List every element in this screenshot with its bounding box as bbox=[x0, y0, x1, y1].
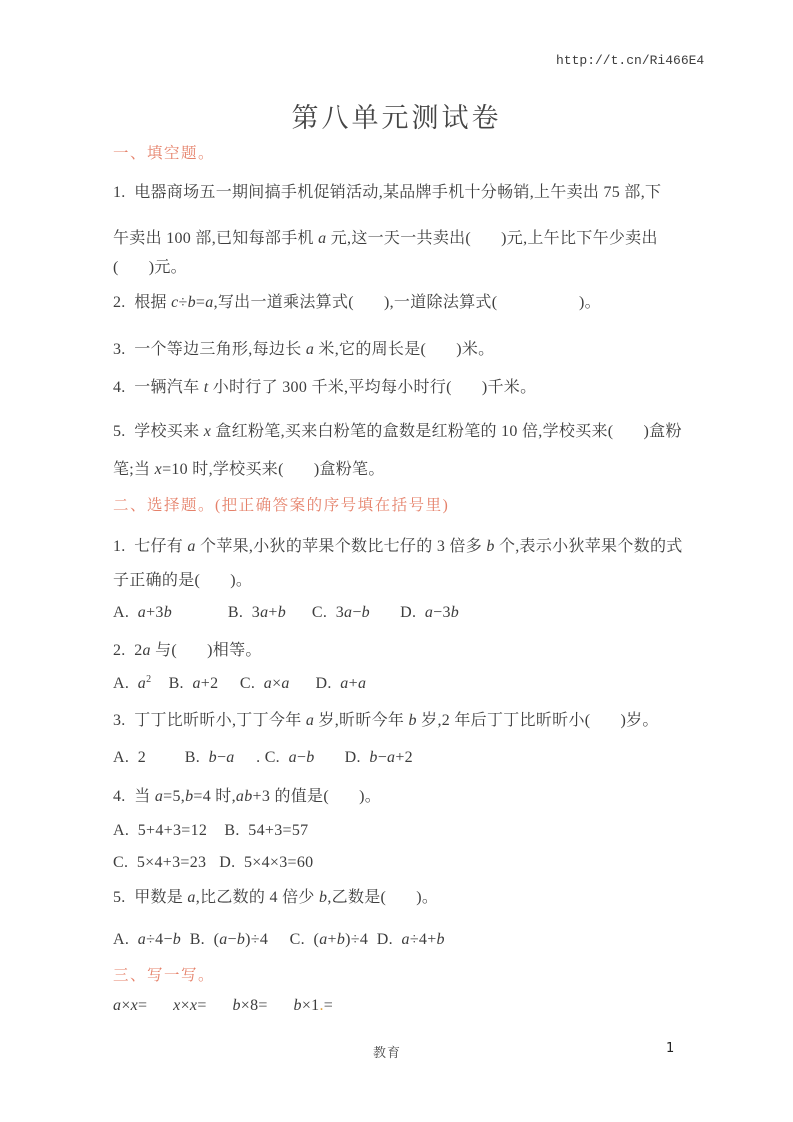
s3-expressions-line: a×x= x×x= b×8= b×1.= bbox=[113, 996, 333, 1016]
s2-q1-options: A. a+3b B. 3a+b C. 3a−b D. a−3b bbox=[113, 603, 459, 623]
s1-q4-line: 4. 一辆汽车 t 小时行了 300 千米,平均每小时行( )千米。 bbox=[113, 378, 536, 398]
s2-q1-line2: 子正确的是( )。 bbox=[113, 571, 252, 591]
document-page: http://t.cn/Ri466E4 第八单元测试卷 一、填空题。 1. 电器… bbox=[0, 0, 793, 1122]
doc-title: 第八单元测试卷 bbox=[0, 96, 793, 135]
s2-q3-line: 3. 丁丁比昕昕小,丁丁今年 a 岁,昕昕今年 b 岁,2 年后丁丁比昕昕小( … bbox=[113, 711, 659, 731]
s2-q5-line: 5. 甲数是 a,比乙数的 4 倍少 b,乙数是( )。 bbox=[113, 888, 438, 908]
s2-q5-options: A. a÷4−b B. (a−b)÷4 C. (a+b)÷4 D. a÷4+b bbox=[113, 930, 445, 950]
s2-q4-options-row1: A. 5+4+3=12 B. 54+3=57 bbox=[113, 821, 308, 841]
s2-q4-line: 4. 当 a=5,b=4 时,ab+3 的值是( )。 bbox=[113, 787, 381, 807]
footer-label: 教育 bbox=[373, 1042, 401, 1061]
s1-q1-line2: 午卖出 100 部,已知每部手机 a 元,这一天一共卖出( )元,上午比下午少卖… bbox=[113, 229, 658, 249]
section-1-heading: 一、填空题。 bbox=[113, 144, 215, 164]
s2-q3-options: A. 2 B. b−a . C. a−b D. b−a+2 bbox=[113, 748, 413, 768]
s1-q5-line1: 5. 学校买来 x 盒红粉笔,买来白粉笔的盒数是红粉笔的 10 倍,学校买来( … bbox=[113, 422, 682, 442]
s2-q1-line1: 1. 七仔有 a 个苹果,小狄的苹果个数比七仔的 3 倍多 b 个,表示小狄苹果… bbox=[113, 537, 683, 557]
s1-q3-line: 3. 一个等边三角形,每边长 a 米,它的周长是( )米。 bbox=[113, 340, 494, 360]
s1-q1-line1: 1. 电器商场五一期间搞手机促销活动,某品牌手机十分畅销,上午卖出 75 部,下 bbox=[113, 183, 661, 203]
section-2-heading: 二、选择题。(把正确答案的序号填在括号里) bbox=[113, 496, 449, 516]
s1-q1-line3: ( )元。 bbox=[113, 258, 187, 278]
s2-q4-options-row2: C. 5×4+3=23 D. 5×4×3=60 bbox=[113, 853, 313, 873]
s1-q2-line: 2. 根据 c÷b=a,写出一道乘法算式( ),一道除法算式( )。 bbox=[113, 293, 601, 313]
s1-q5-line2: 笔;当 x=10 时,学校买来( )盒粉笔。 bbox=[113, 460, 385, 480]
page-number: 1 bbox=[666, 1041, 674, 1056]
s2-q2-line: 2. 2a 与( )相等。 bbox=[113, 641, 262, 661]
s2-q2-options: A. a2 B. a+2 C. a×a D. a+a bbox=[113, 674, 366, 694]
header-url: http://t.cn/Ri466E4 bbox=[556, 53, 704, 68]
section-3-heading: 三、写一写。 bbox=[113, 966, 215, 986]
